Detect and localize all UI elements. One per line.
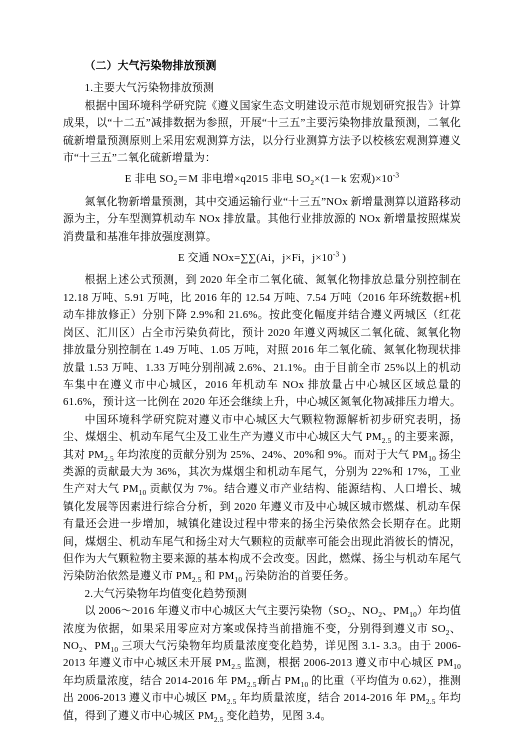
formula-so2: E 非电 SO2＝M 非电增×q2015 非电 SO2×(1－k 宏观)×10-… [63, 171, 461, 188]
paragraph-pm-sources: 中国环境科学研究院对遵义市中心城区大气颗粒物源解析初步研究表明，扬尘、煤烟尘、机… [63, 412, 461, 586]
paragraph-emission-totals: 根据上述公式预测，到 2020 年全市二氧化硫、氮氧化物排放总量分别控制在 12… [63, 272, 461, 411]
paragraph-nox-method: 氮氧化物新增量预测，其中交通运输行业“十三五”NOx 新增量测算以道路移动源为主… [63, 194, 461, 246]
section-heading: （二）大气污染物排放预测 [63, 58, 461, 75]
paragraph-so2-method: 根据中国环境科学研究院《遵义国家生态文明建设示范市规划研究报告》计算成果，以“十… [63, 98, 461, 168]
paragraph-trend-forecast: 以 2006～2016 年遵义市中心城区大气主要污染物（SO2、NO2、PM10… [63, 603, 461, 725]
subsection-heading-1: 1.主要大气污染物排放预测 [63, 80, 461, 97]
page-number: 11 [0, 676, 523, 688]
subsection-heading-2: 2.大气污染物年均值变化趋势预测 [63, 586, 461, 603]
document-page: （二）大气污染物排放预测 1.主要大气污染物排放预测 根据中国环境科学研究院《遵… [0, 0, 523, 740]
formula-nox: E 交通 NOx=∑∑(Ai，j×Fi，j×10-3 ) [63, 250, 461, 267]
